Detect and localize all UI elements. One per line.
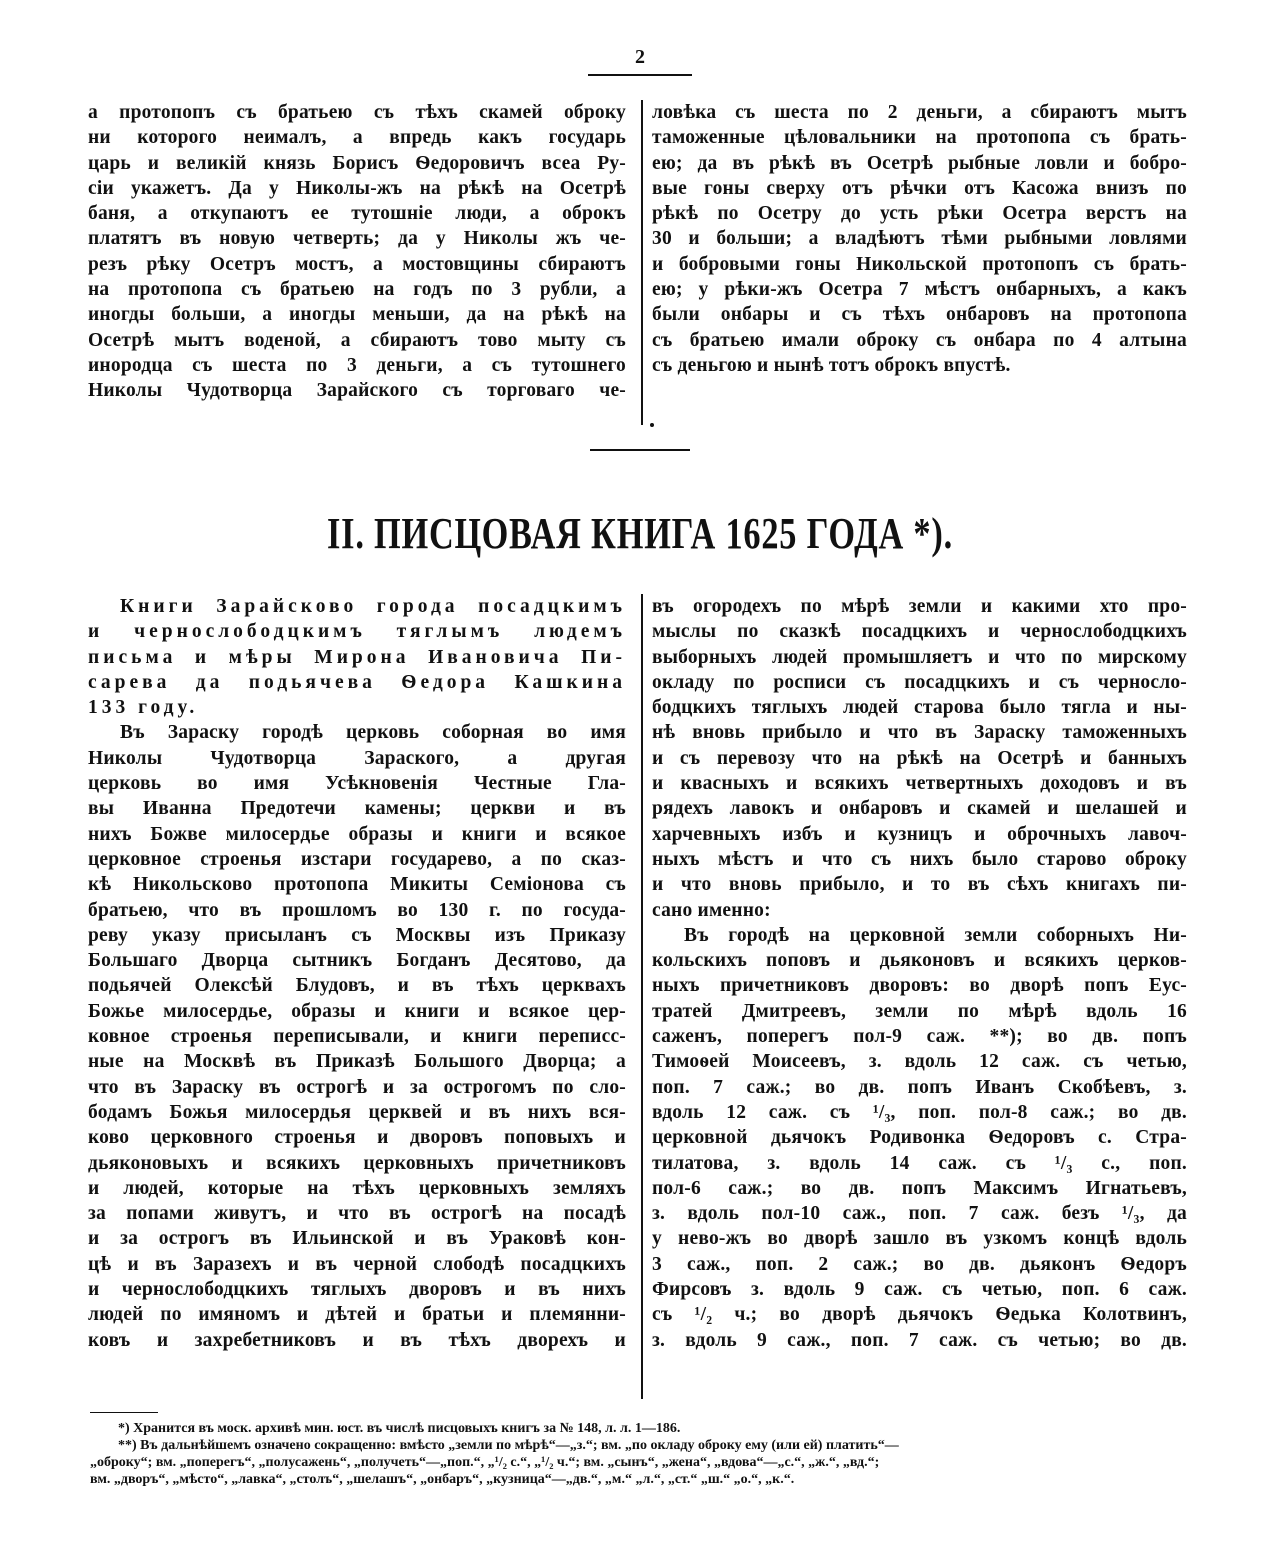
text-line: дьяконовыхъ и всякихъ церковныхъ причетн… (88, 1151, 626, 1176)
text-line: у нево-жъ во дворѣ зашло въ узкомъ концѣ… (652, 1226, 1187, 1251)
text-line: а протопопъ съ братьею съ тѣхъ скамей об… (88, 100, 626, 125)
text-line: рѣкѣ по Осетру до усть рѣки Осетра верст… (652, 201, 1187, 226)
text-line: за попами живутъ, и что въ острогѣ на по… (88, 1201, 626, 1226)
main-right-column: въ огородехъ по мѣрѣ земли и какими хто … (652, 594, 1187, 1353)
text-line: з. вдоль 9 саж., поп. 7 саж. съ четью; в… (652, 1328, 1187, 1353)
text-line: ею; у рѣки-жъ Осетра 7 мѣстъ онбарныхъ, … (652, 277, 1187, 302)
text-line: Николы Чудотворца Зараского, а другая (88, 746, 626, 771)
text-line: Тимоѳей Моисеевъ, з. вдоль 12 саж. съ че… (652, 1049, 1187, 1074)
text-line: поп. 7 саж.; во дв. попъ Иванъ Скобѣевъ,… (652, 1075, 1187, 1100)
text-line: ные на Москвѣ въ Приказѣ Большого Дворца… (88, 1049, 626, 1074)
section-divider-rule (590, 449, 690, 451)
heading-line: письма и мѣры Мирона Ивановича Пи- (88, 645, 626, 670)
text-line: подьячей Олексѣй Блудовъ, и въ тѣхъ церк… (88, 973, 626, 998)
text-line: на протопопа съ братьею на годъ по 3 руб… (88, 277, 626, 302)
text-line: нихъ Божве милосердье образы и книги и в… (88, 822, 626, 847)
text-line: церковной дьячокъ Родивонка Ѳедоровъ с. … (652, 1125, 1187, 1150)
text-line: сано именно: (652, 898, 1187, 923)
column-divider-main (641, 594, 643, 1399)
column-divider-top (641, 100, 643, 425)
text-line: пол-6 саж.; во дв. попъ Максимъ Игнатьев… (652, 1176, 1187, 1201)
text-line: инородца съ шеста по 3 деньги, а съ туто… (88, 353, 626, 378)
page-number: 2 (590, 46, 690, 69)
text-line: цѣ и въ Заразехъ и въ черной слободѣ пос… (88, 1252, 626, 1277)
text-line: таможенные цѣловальники на протопопа съ … (652, 125, 1187, 150)
text-line: ныхъ причетниковъ дворовъ: во дворѣ попъ… (652, 973, 1187, 998)
top-right-column: ловѣка съ шеста по 2 деньги, а сбираютъ … (652, 100, 1187, 378)
text-line: тилатова, з. вдоль 14 саж. съ ¹/₃ с., по… (652, 1151, 1187, 1176)
heading-line: сарева да подьячева Ѳедора Кашкина (88, 670, 626, 695)
text-line: людей по имяномъ и дѣтей и братьи и плем… (88, 1302, 626, 1327)
top-left-column: а протопопъ съ братьею съ тѣхъ скамей об… (88, 100, 626, 404)
text-line: тратей Дмитреевъ, земли по мѣрѣ вдоль 16 (652, 999, 1187, 1024)
text-line: и бобровыми гоны Никольской протопопъ съ… (652, 252, 1187, 277)
text-line: кольскихъ поповъ и дьяконовъ и всякихъ ц… (652, 948, 1187, 973)
text-line: съ деньгою и нынѣ тотъ оброкъ впустѣ. (652, 353, 1187, 378)
footnote-rule (90, 1412, 158, 1413)
text-line: вы Иванна Предотечи камены; церкви и въ (88, 796, 626, 821)
text-line: царь и великій князь Борисъ Ѳедоровичъ в… (88, 151, 626, 176)
text-line: бодцкихъ тяглыхъ людей старова было тягл… (652, 695, 1187, 720)
footnote-2-line-3: вм. „дворъ“, „мѣсто“, „лавка“, „столъ“, … (90, 1471, 1190, 1488)
text-line: Фирсовъ з. вдоль 9 саж. съ четью, поп. 6… (652, 1277, 1187, 1302)
text-line: ею; да въ рѣкѣ въ Осетрѣ рыбные ловли и … (652, 151, 1187, 176)
text-line: и что вновь прибыло, и то въ сѣхъ книгах… (652, 872, 1187, 897)
footnote-2-line-1: **) Въ дальнѣйшемъ означено сокращенно: … (90, 1437, 1190, 1454)
text-line: вдоль 12 саж. съ ¹/₃, поп. пол-8 саж.; в… (652, 1100, 1187, 1125)
text-line: иногды больши, а иногды меньши, да на рѣ… (88, 302, 626, 327)
text-line: и чернослободцкихъ тяглыхъ дворовъ и въ … (88, 1277, 626, 1302)
footnote-2-line-2: „оброку“; вм. „поперегъ“, „полусажень“, … (90, 1454, 1190, 1471)
text-line: ковъ и захребетниковъ и въ тѣхъ дворехъ … (88, 1328, 626, 1353)
text-line: бодамъ Божья милосердья церквей и въ них… (88, 1100, 626, 1125)
text-line: съ ¹/₂ ч.; во дворѣ дьячокъ Ѳедька Колот… (652, 1302, 1187, 1327)
header-rule (588, 74, 692, 76)
text-line: Осетрѣ мытъ воденой, а сбираютъ тово мыт… (88, 328, 626, 353)
text-line: окладу по росписи съ посадцкихъ и съ чер… (652, 670, 1187, 695)
text-line: вые гоны сверху отъ рѣчки отъ Касожа вни… (652, 176, 1187, 201)
text-line: съ братьею имали оброку съ онбара по 4 а… (652, 328, 1187, 353)
text-line: баня, а откупаютъ ее тутошніе люди, а об… (88, 201, 626, 226)
text-line: церковное строенья изстари государево, а… (88, 847, 626, 872)
section-title: II. ПИСЦОВАЯ КНИГА 1625 ГОДА *). (219, 508, 1061, 559)
text-line: и людей, которые на тѣхъ церковныхъ земл… (88, 1176, 626, 1201)
text-line: Большаго Дворца сытникъ Богданъ Десятово… (88, 948, 626, 973)
text-line: реву указу присыланъ съ Москвы изъ Прика… (88, 923, 626, 948)
text-line: 3 саж., поп. 2 саж.; во дв. дьяконъ Ѳедо… (652, 1252, 1187, 1277)
heading-line: и чернослободцкимъ тяглымъ людемъ (88, 619, 626, 644)
heading-line: Книги Зарайсково города посадцкимъ (88, 594, 626, 619)
footnotes: *) Хранится въ моск. архивѣ мин. юст. въ… (90, 1420, 1190, 1488)
text-line: ни которого неималъ, а впредь какъ госуд… (88, 125, 626, 150)
text-line: з. вдоль пол-10 саж., поп. 7 саж. безъ ¹… (652, 1201, 1187, 1226)
text-line: что въ Зараску въ острогѣ и за острогомъ… (88, 1075, 626, 1100)
text-line: ныхъ мѣстъ и что съ нихъ было старово об… (652, 847, 1187, 872)
text-line: выборныхъ людей промышляетъ и что по мир… (652, 645, 1187, 670)
text-line: были онбары и съ тѣхъ онбаровъ на протоп… (652, 302, 1187, 327)
text-line: платятъ въ новую четверть; да у Николы ж… (88, 226, 626, 251)
text-line: нѣ вновь прибыло и что въ Зараску таможе… (652, 720, 1187, 745)
text-line: мыслы по сказкѣ посадцкихъ и чернослобод… (652, 619, 1187, 644)
text-line: 30 и больши; а владѣютъ тѣми рыбными лов… (652, 226, 1187, 251)
footnote-1: *) Хранится въ моск. архивѣ мин. юст. въ… (90, 1420, 1190, 1437)
text-line: Въ городѣ на церковной земли соборныхъ Н… (652, 923, 1187, 948)
main-left-column: Книги Зарайсково города посадцкимъ и чер… (88, 594, 626, 1353)
text-line: и квасныхъ и всякихъ четвертныхъ доходов… (652, 771, 1187, 796)
text-line: Въ Зараску городѣ церковь соборная во им… (88, 720, 626, 745)
text-line: харчевныхъ избъ и кузницъ и оброчныхъ ла… (652, 822, 1187, 847)
text-line: ково церковного строенья и дворовъ попов… (88, 1125, 626, 1150)
text-line: церковь во имя Усѣкновенія Честные Гла- (88, 771, 626, 796)
text-line: кѣ Никольсково протопопа Микиты Семіонов… (88, 872, 626, 897)
text-line: Божье милосердье, образы и книги и всяко… (88, 999, 626, 1024)
text-line: резъ рѣку Осетръ мостъ, а мостовщины сби… (88, 252, 626, 277)
text-line: сіи укажетъ. Да у Николы-жъ на рѣкѣ на О… (88, 176, 626, 201)
text-line: ловѣка съ шеста по 2 деньги, а сбираютъ … (652, 100, 1187, 125)
text-line: рядехъ лавокъ и онбаровъ и скамей и шела… (652, 796, 1187, 821)
heading-line: 133 году. (88, 695, 626, 720)
text-line: ковное строенья переписывали, и книги пе… (88, 1024, 626, 1049)
text-line: братьею, что въ прошломъ во 130 г. по го… (88, 898, 626, 923)
text-line: саженъ, поперегъ пол-9 саж. **); во дв. … (652, 1024, 1187, 1049)
text-line: въ огородехъ по мѣрѣ земли и какими хто … (652, 594, 1187, 619)
text-line: Николы Чудотворца Зарайского съ торговаг… (88, 378, 626, 403)
stray-mark (650, 423, 654, 427)
text-line: и съ перевозу что на рѣкѣ на Осетрѣ и ба… (652, 746, 1187, 771)
text-line: и за острогъ въ Ильинской и въ Ураковѣ к… (88, 1226, 626, 1251)
